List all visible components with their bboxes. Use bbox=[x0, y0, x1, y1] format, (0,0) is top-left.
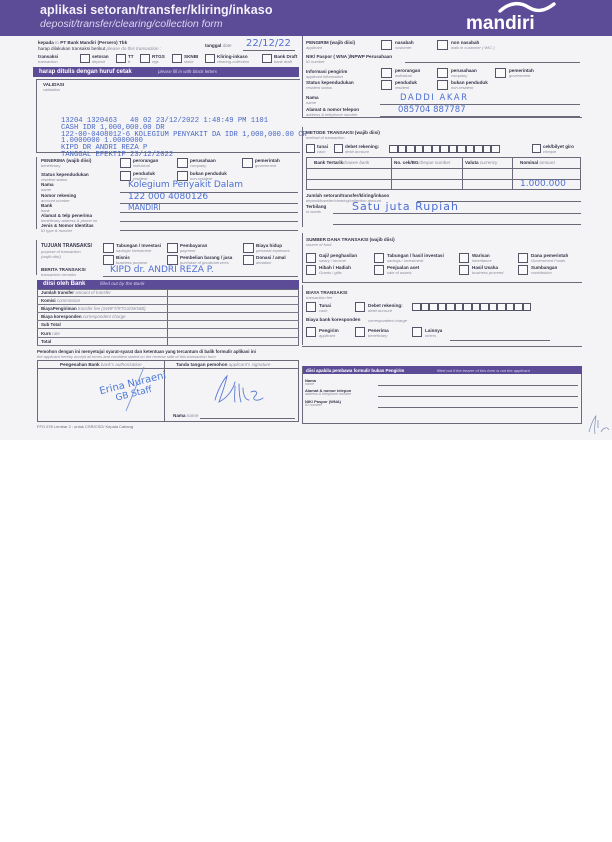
beneficiary-bank-field[interactable]: MANDIRI bbox=[128, 203, 161, 212]
signature-name-field[interactable] bbox=[200, 418, 295, 419]
checkbox-sender-nonresident[interactable] bbox=[437, 80, 448, 90]
date-field[interactable]: 22/12/22 bbox=[246, 38, 291, 49]
account-digit-box[interactable] bbox=[474, 145, 483, 153]
account-digit-box[interactable] bbox=[432, 145, 441, 153]
col-currency: Valuta currency bbox=[465, 160, 497, 165]
beneficiary-address-field[interactable] bbox=[120, 221, 298, 222]
form-subtitle: deposit/transfer/clearing/collection for… bbox=[40, 18, 223, 30]
account-digit-box[interactable] bbox=[489, 303, 498, 311]
nominal-amount-cell[interactable]: 1.000.000 bbox=[520, 179, 566, 189]
bearer-id-field[interactable] bbox=[378, 407, 578, 408]
checkbox-purpose-purchase[interactable] bbox=[167, 255, 178, 265]
block-letters-bar: harap ditulis dengan huruf cetak please … bbox=[33, 67, 299, 77]
account-digit-box[interactable] bbox=[398, 145, 407, 153]
date-line bbox=[243, 50, 295, 51]
beneficiary-account-field[interactable]: 122 000 4080126 bbox=[128, 192, 208, 202]
bank-section-bar: diisi oleh Bank filled out by the Bank bbox=[37, 280, 299, 289]
brand-logo: mandiri bbox=[466, 13, 535, 35]
account-digit-box[interactable] bbox=[421, 303, 430, 311]
checkbox-source-of-funds[interactable] bbox=[374, 253, 384, 263]
bearer-address-field[interactable] bbox=[378, 396, 578, 397]
sender-address-field[interactable]: 085704 887787 bbox=[398, 105, 466, 115]
checkbox-tt[interactable] bbox=[116, 54, 126, 63]
checkbox-source-of-funds[interactable] bbox=[518, 253, 528, 263]
checkbox-method-debit[interactable] bbox=[334, 144, 343, 153]
signature-name-label: Nama name bbox=[173, 413, 198, 418]
checkbox-method-cash[interactable] bbox=[306, 144, 315, 153]
checkbox-beneficiary-company[interactable] bbox=[177, 158, 188, 168]
checkbox-sender-company[interactable] bbox=[437, 68, 448, 78]
form-title: aplikasi setoran/transfer/kliring/inkaso bbox=[40, 3, 273, 17]
checkbox-source-of-funds[interactable] bbox=[459, 253, 469, 263]
validation-stamp: 13204 1320463 40 02 23/12/2022 1:48:49 P… bbox=[61, 118, 307, 159]
checkbox-source-of-funds[interactable] bbox=[306, 253, 316, 263]
checkbox-beneficiary-government[interactable] bbox=[242, 158, 253, 168]
account-digit-box[interactable] bbox=[457, 145, 466, 153]
checkbox-sknbi[interactable] bbox=[172, 54, 182, 63]
account-digit-box[interactable] bbox=[472, 303, 481, 311]
col-drawee-bank: Bank Tertarikdrawee bank bbox=[314, 160, 369, 165]
scanned-form-page: aplikasi setoran/transfer/kliring/inkaso… bbox=[0, 0, 612, 842]
bank-table-row: Jumlah transfer amount of transfer bbox=[37, 289, 299, 297]
mandiri-wave-icon bbox=[470, 0, 580, 14]
checkbox-beneficiary-individual[interactable] bbox=[120, 158, 131, 168]
checkbox-purpose-donation[interactable] bbox=[243, 255, 254, 265]
footer-code: FFO 078 Lembar 2 : untuk CSR/CSO/ Kepala… bbox=[37, 424, 133, 429]
checkbox-kliring-inkaso[interactable] bbox=[205, 54, 215, 63]
account-digit-box[interactable] bbox=[514, 303, 523, 311]
checkbox-sender-customer[interactable] bbox=[381, 40, 392, 50]
checkbox-corr-beneficiary[interactable] bbox=[355, 327, 365, 337]
account-digit-box[interactable] bbox=[440, 145, 449, 153]
form-header: aplikasi setoran/transfer/kliring/inkaso… bbox=[0, 0, 612, 36]
checkbox-sender-resident[interactable] bbox=[381, 80, 392, 90]
bank-table-row: Komisi commission bbox=[37, 297, 299, 305]
corr-others-field[interactable] bbox=[450, 340, 550, 341]
account-digit-box[interactable] bbox=[389, 145, 398, 153]
account-digit-box[interactable] bbox=[423, 145, 432, 153]
account-digit-box[interactable] bbox=[429, 303, 438, 311]
checkbox-source-of-funds[interactable] bbox=[518, 265, 528, 275]
bank-table-row: BiayaPengiriman transfer fee (SWIFT/RTGS… bbox=[37, 305, 299, 313]
bearer-name-field[interactable] bbox=[378, 385, 578, 386]
margin-initials bbox=[585, 410, 612, 438]
account-digit-box[interactable] bbox=[463, 303, 472, 311]
checkbox-source-of-funds[interactable] bbox=[374, 265, 384, 275]
checkbox-bank-draft[interactable] bbox=[262, 54, 272, 63]
account-digit-box[interactable] bbox=[506, 303, 515, 311]
account-digit-box[interactable] bbox=[480, 303, 489, 311]
amount-in-words-field[interactable]: Satu juta Rupiah bbox=[352, 200, 459, 213]
bank-table-row: Kurs rate bbox=[37, 330, 299, 338]
account-digit-box[interactable] bbox=[446, 303, 455, 311]
checkbox-setoran[interactable] bbox=[80, 54, 90, 63]
date-label: tanggal date bbox=[205, 43, 232, 48]
checkbox-rtgs[interactable] bbox=[140, 54, 150, 63]
beneficiary-id-field[interactable] bbox=[120, 230, 298, 231]
form-area: aplikasi setoran/transfer/kliring/inkaso… bbox=[0, 0, 612, 440]
sender-name-field[interactable]: DADDI AKAR bbox=[400, 93, 468, 103]
account-digit-box[interactable] bbox=[497, 303, 506, 311]
checkbox-method-cheque[interactable] bbox=[532, 144, 541, 153]
account-digit-box[interactable] bbox=[415, 145, 424, 153]
bank-table-row: Total bbox=[37, 338, 299, 346]
bank-table-row: Biaya koresponden correspondent charge bbox=[37, 313, 299, 321]
bank-table-row: Sub Total bbox=[37, 321, 299, 329]
checkbox-corr-applicant[interactable] bbox=[306, 327, 316, 337]
bank-stamp-stroke bbox=[120, 365, 150, 415]
beneficiary-name-field[interactable]: Kolegium Penyakit Dalam bbox=[128, 180, 243, 190]
checkbox-sender-government[interactable] bbox=[495, 68, 506, 78]
account-digit-box[interactable] bbox=[491, 145, 500, 153]
checkbox-source-of-funds[interactable] bbox=[306, 265, 316, 275]
checkbox-corr-others[interactable] bbox=[412, 327, 422, 337]
remarks-field[interactable]: KIPD dr. ANDRI REZA P. bbox=[110, 265, 214, 275]
to-label: kepada to PT Bank Mandiri (Persero) Tbk bbox=[38, 40, 127, 45]
bearer-bar: diisi apabila pembawa formulir bukan Pen… bbox=[303, 366, 582, 374]
checkbox-purpose-business[interactable] bbox=[103, 255, 114, 265]
applicant-signature bbox=[205, 372, 275, 407]
checkbox-fee-cash[interactable] bbox=[306, 302, 316, 312]
checkbox-sender-walkin[interactable] bbox=[437, 40, 448, 50]
account-digit-box[interactable] bbox=[483, 145, 492, 153]
checkbox-purpose-savings[interactable] bbox=[103, 243, 114, 253]
account-digit-box[interactable] bbox=[412, 303, 421, 311]
account-digit-box[interactable] bbox=[466, 145, 475, 153]
checkbox-fee-debit[interactable] bbox=[355, 302, 365, 312]
account-digit-box[interactable] bbox=[406, 145, 415, 153]
col-cheque-number: No. cek/BGcheque number bbox=[394, 160, 450, 165]
sender-id-field[interactable] bbox=[405, 62, 580, 63]
account-digit-box[interactable] bbox=[523, 303, 532, 311]
col-amount: Nominal amount bbox=[520, 160, 555, 165]
checkbox-purpose-living[interactable] bbox=[243, 243, 254, 253]
checkbox-purpose-payment[interactable] bbox=[167, 243, 178, 253]
checkbox-source-of-funds[interactable] bbox=[459, 265, 469, 275]
account-digit-box[interactable] bbox=[449, 145, 458, 153]
instruction-text: harap dilakukan transaksi berikut please… bbox=[38, 46, 161, 51]
account-digit-box[interactable] bbox=[455, 303, 464, 311]
checkbox-sender-individual[interactable] bbox=[381, 68, 392, 78]
applicant-signature-label: Tanda tangan pemohon applicant's signatu… bbox=[176, 362, 271, 367]
account-digit-box[interactable] bbox=[438, 303, 447, 311]
